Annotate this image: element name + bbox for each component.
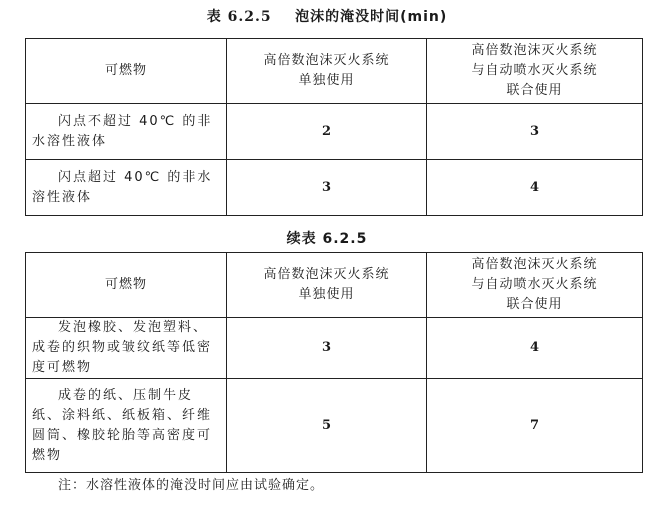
table1-title-prefix: 表	[207, 9, 222, 25]
combined-value: 7	[427, 379, 643, 473]
table1-title: 表 6.2.5 泡沫的淹没时间(min)	[0, 6, 654, 26]
table-row: 成卷的纸、压制牛皮纸、涂料纸、纸板箱、纤维圆筒、橡胶轮胎等高密度可燃物 5 7	[26, 379, 643, 473]
table1-header-row: 可燃物 高倍数泡沫灭火系统 单独使用 高倍数泡沫灭火系统 与自动喷水灭火系统 联…	[26, 39, 643, 104]
combined-value: 4	[427, 318, 643, 379]
standalone-value: 3	[227, 160, 427, 216]
material-cell: 闪点不超过 40℃ 的非水溶性液体	[26, 104, 227, 160]
header-standalone: 高倍数泡沫灭火系统 单独使用	[227, 39, 427, 104]
standalone-value: 2	[227, 104, 427, 160]
header-combined-line3: 联合使用	[427, 295, 642, 315]
header-standalone-line2: 单独使用	[227, 285, 426, 305]
standalone-value: 3	[227, 318, 427, 379]
table1: 可燃物 高倍数泡沫灭火系统 单独使用 高倍数泡沫灭火系统 与自动喷水灭火系统 联…	[25, 38, 643, 216]
header-standalone-line1: 高倍数泡沫灭火系统	[227, 51, 426, 71]
header-standalone: 高倍数泡沫灭火系统 单独使用	[227, 253, 427, 318]
table-row: 闪点超过 40℃ 的非水溶性液体 3 4	[26, 160, 643, 216]
header-combustible: 可燃物	[26, 253, 227, 318]
header-combined-line2: 与自动喷水灭火系统	[427, 275, 642, 295]
table1-title-text: 泡沫的淹没时间(min)	[295, 9, 447, 25]
header-combined-line1: 高倍数泡沫灭火系统	[427, 255, 642, 275]
footnote: 注：水溶性液体的淹没时间应由试验确定。	[58, 474, 324, 493]
material-cell: 成卷的纸、压制牛皮纸、涂料纸、纸板箱、纤维圆筒、橡胶轮胎等高密度可燃物	[26, 379, 227, 473]
header-combined-line1: 高倍数泡沫灭火系统	[427, 41, 642, 61]
table2-header-row: 可燃物 高倍数泡沫灭火系统 单独使用 高倍数泡沫灭火系统 与自动喷水灭火系统 联…	[26, 253, 643, 318]
table2-title: 续表 6.2.5	[0, 228, 654, 248]
table2: 可燃物 高倍数泡沫灭火系统 单独使用 高倍数泡沫灭火系统 与自动喷水灭火系统 联…	[25, 252, 643, 473]
header-combined-line3: 联合使用	[427, 81, 642, 101]
standalone-value: 5	[227, 379, 427, 473]
header-standalone-line1: 高倍数泡沫灭火系统	[227, 265, 426, 285]
header-standalone-line2: 单独使用	[227, 71, 426, 91]
combined-value: 3	[427, 104, 643, 160]
table-row: 发泡橡胶、发泡塑料、成卷的织物或皱纹纸等低密度可燃物 3 4	[26, 318, 643, 379]
material-cell: 发泡橡胶、发泡塑料、成卷的织物或皱纹纸等低密度可燃物	[26, 318, 227, 379]
combined-value: 4	[427, 160, 643, 216]
header-combustible: 可燃物	[26, 39, 227, 104]
table-row: 闪点不超过 40℃ 的非水溶性液体 2 3	[26, 104, 643, 160]
header-combined: 高倍数泡沫灭火系统 与自动喷水灭火系统 联合使用	[427, 253, 643, 318]
header-combined: 高倍数泡沫灭火系统 与自动喷水灭火系统 联合使用	[427, 39, 643, 104]
material-cell: 闪点超过 40℃ 的非水溶性液体	[26, 160, 227, 216]
header-combined-line2: 与自动喷水灭火系统	[427, 61, 642, 81]
table1-title-number: 6.2.5	[228, 9, 272, 25]
